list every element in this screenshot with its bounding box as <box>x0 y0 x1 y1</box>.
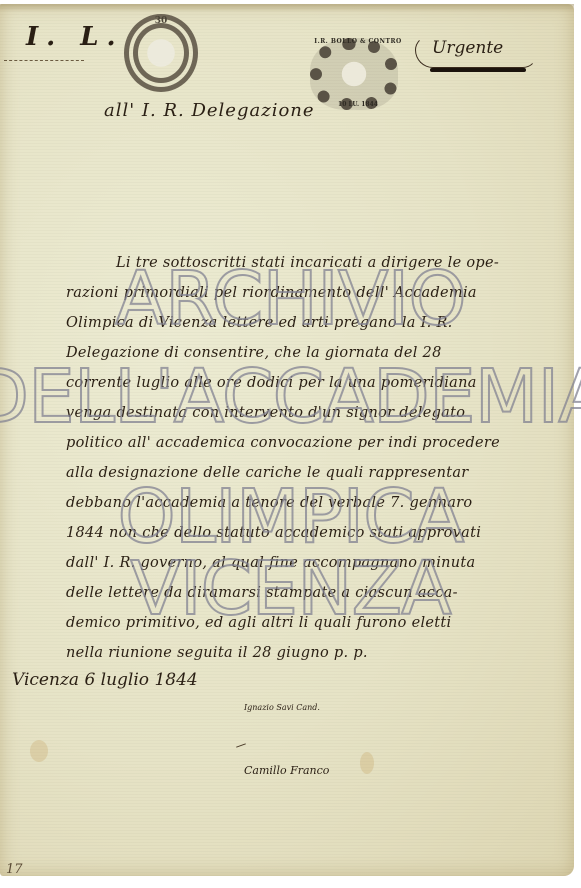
body-line: venga destinata con intervento d'un sign… <box>66 398 566 428</box>
page-number: 17 <box>6 862 23 877</box>
body-line: delle lettere da diramarsi stampate a ci… <box>66 578 566 608</box>
letter-body: Li tre sottoscritti stati incaricati a d… <box>66 248 566 668</box>
body-line: Delegazione di consentire, che la giorna… <box>66 338 566 368</box>
bollo-date: 10 LU. 1844 <box>316 101 400 108</box>
body-line: nella riunione seguita il 28 giugno p. p… <box>66 638 566 668</box>
urgent-label: Urgente <box>432 38 503 58</box>
body-line: dall' I. R. governo, al qual fine accomp… <box>66 548 566 578</box>
protocol-underline <box>4 60 84 61</box>
body-line: corrente luglio alle ore dodici per la u… <box>66 368 566 398</box>
stamp-value: 30 <box>138 16 184 26</box>
place-and-date: Vicenza 6 luglio 1844 <box>12 670 198 690</box>
body-line: politico all' accademica convocazione pe… <box>66 428 566 458</box>
bollo-text: I.R. BOLLO & CONTRO <box>314 38 402 45</box>
addressee: all' I. R. Delegazione <box>104 100 315 121</box>
signature-1: Ignazio Savi Cand. <box>244 703 320 712</box>
bollo-stamp: I.R. BOLLO & CONTRO 10 LU. 1844 <box>310 38 398 110</box>
urgent-underline-swash <box>430 68 526 72</box>
body-line: demico primitivo, ed agli altri li quali… <box>66 608 566 638</box>
protocol-mark: I. L. <box>26 22 124 52</box>
body-line: alla designazione delle cariche le quali… <box>66 458 566 488</box>
paper-stain <box>30 740 48 762</box>
page-top-edge <box>0 4 574 12</box>
tax-stamp-round: 30 <box>124 14 198 92</box>
signature-2: Camillo Franco <box>244 764 329 777</box>
body-line: Li tre sottoscritti stati incaricati a d… <box>66 248 566 278</box>
body-line: Olimpica di Vicenza lettere ed arti preg… <box>66 308 566 338</box>
body-line: debbano l'accademia a tenore del verbale… <box>66 488 566 518</box>
body-line: razioni primordiali pel riordinamento de… <box>66 278 566 308</box>
paper-stain <box>360 752 374 774</box>
body-line: 1844 non che dello statuto accademico st… <box>66 518 566 548</box>
